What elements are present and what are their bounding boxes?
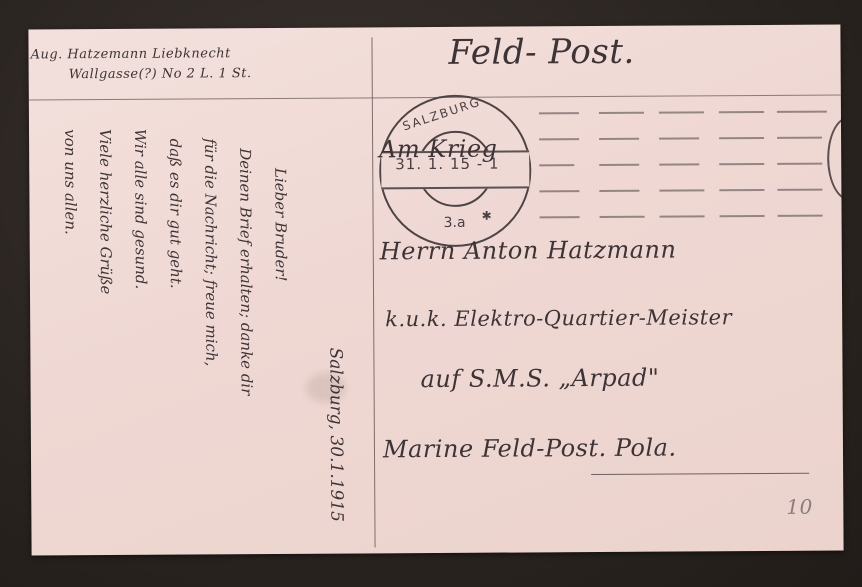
message-line: Lieber Bruder! bbox=[271, 168, 290, 282]
postmark-stamp: SALZBURG 31. 1. 15 - 1 3.a ✱ bbox=[379, 94, 532, 247]
postcard: Aug. Hatzemann Liebknecht Wallgasse(?) N… bbox=[28, 25, 843, 556]
pencil-number: 10 bbox=[786, 495, 813, 519]
message-line: Viele herzliche Grüße bbox=[96, 129, 115, 294]
message-text: Lieber Bruder! Deinen Brief erhalten; da… bbox=[28, 107, 371, 529]
message-line: Wir alle sind gesund. bbox=[131, 129, 150, 290]
feld-post-heading: Feld- Post. bbox=[448, 32, 634, 73]
address-line-3: auf S.M.S. „Arpad" bbox=[420, 364, 659, 393]
star-icon: ✱ bbox=[482, 209, 492, 223]
sender-line-2: Wallgasse(?) No 2 L. 1 St. bbox=[69, 66, 252, 82]
address-line-4: Marine Feld-Post. Pola. bbox=[383, 434, 677, 464]
sender-line-1: Aug. Hatzemann Liebknecht bbox=[31, 46, 231, 62]
address-line-2: k.u.k. Elektro-Quartier-Meister bbox=[385, 305, 732, 331]
message-line: von uns allen. bbox=[61, 129, 80, 235]
handwritten-am-krieg: Am Krieg bbox=[379, 135, 498, 164]
postmark-town: SALZBURG bbox=[401, 94, 483, 133]
message-line: Deinen Brief erhalten; danke dir bbox=[236, 148, 256, 395]
address-underline bbox=[591, 473, 809, 475]
postmark-code: 3.a bbox=[444, 215, 466, 231]
message-line: für die Nachricht; freue mich, bbox=[201, 138, 220, 366]
machine-cancel-lines bbox=[539, 103, 840, 245]
message-date: Salzburg, 30.1.1915 bbox=[325, 348, 346, 522]
message-line: daß es dir gut geht. bbox=[166, 139, 185, 289]
address-line-1: Herrn Anton Hatzmann bbox=[380, 236, 677, 266]
center-divider bbox=[371, 37, 375, 547]
